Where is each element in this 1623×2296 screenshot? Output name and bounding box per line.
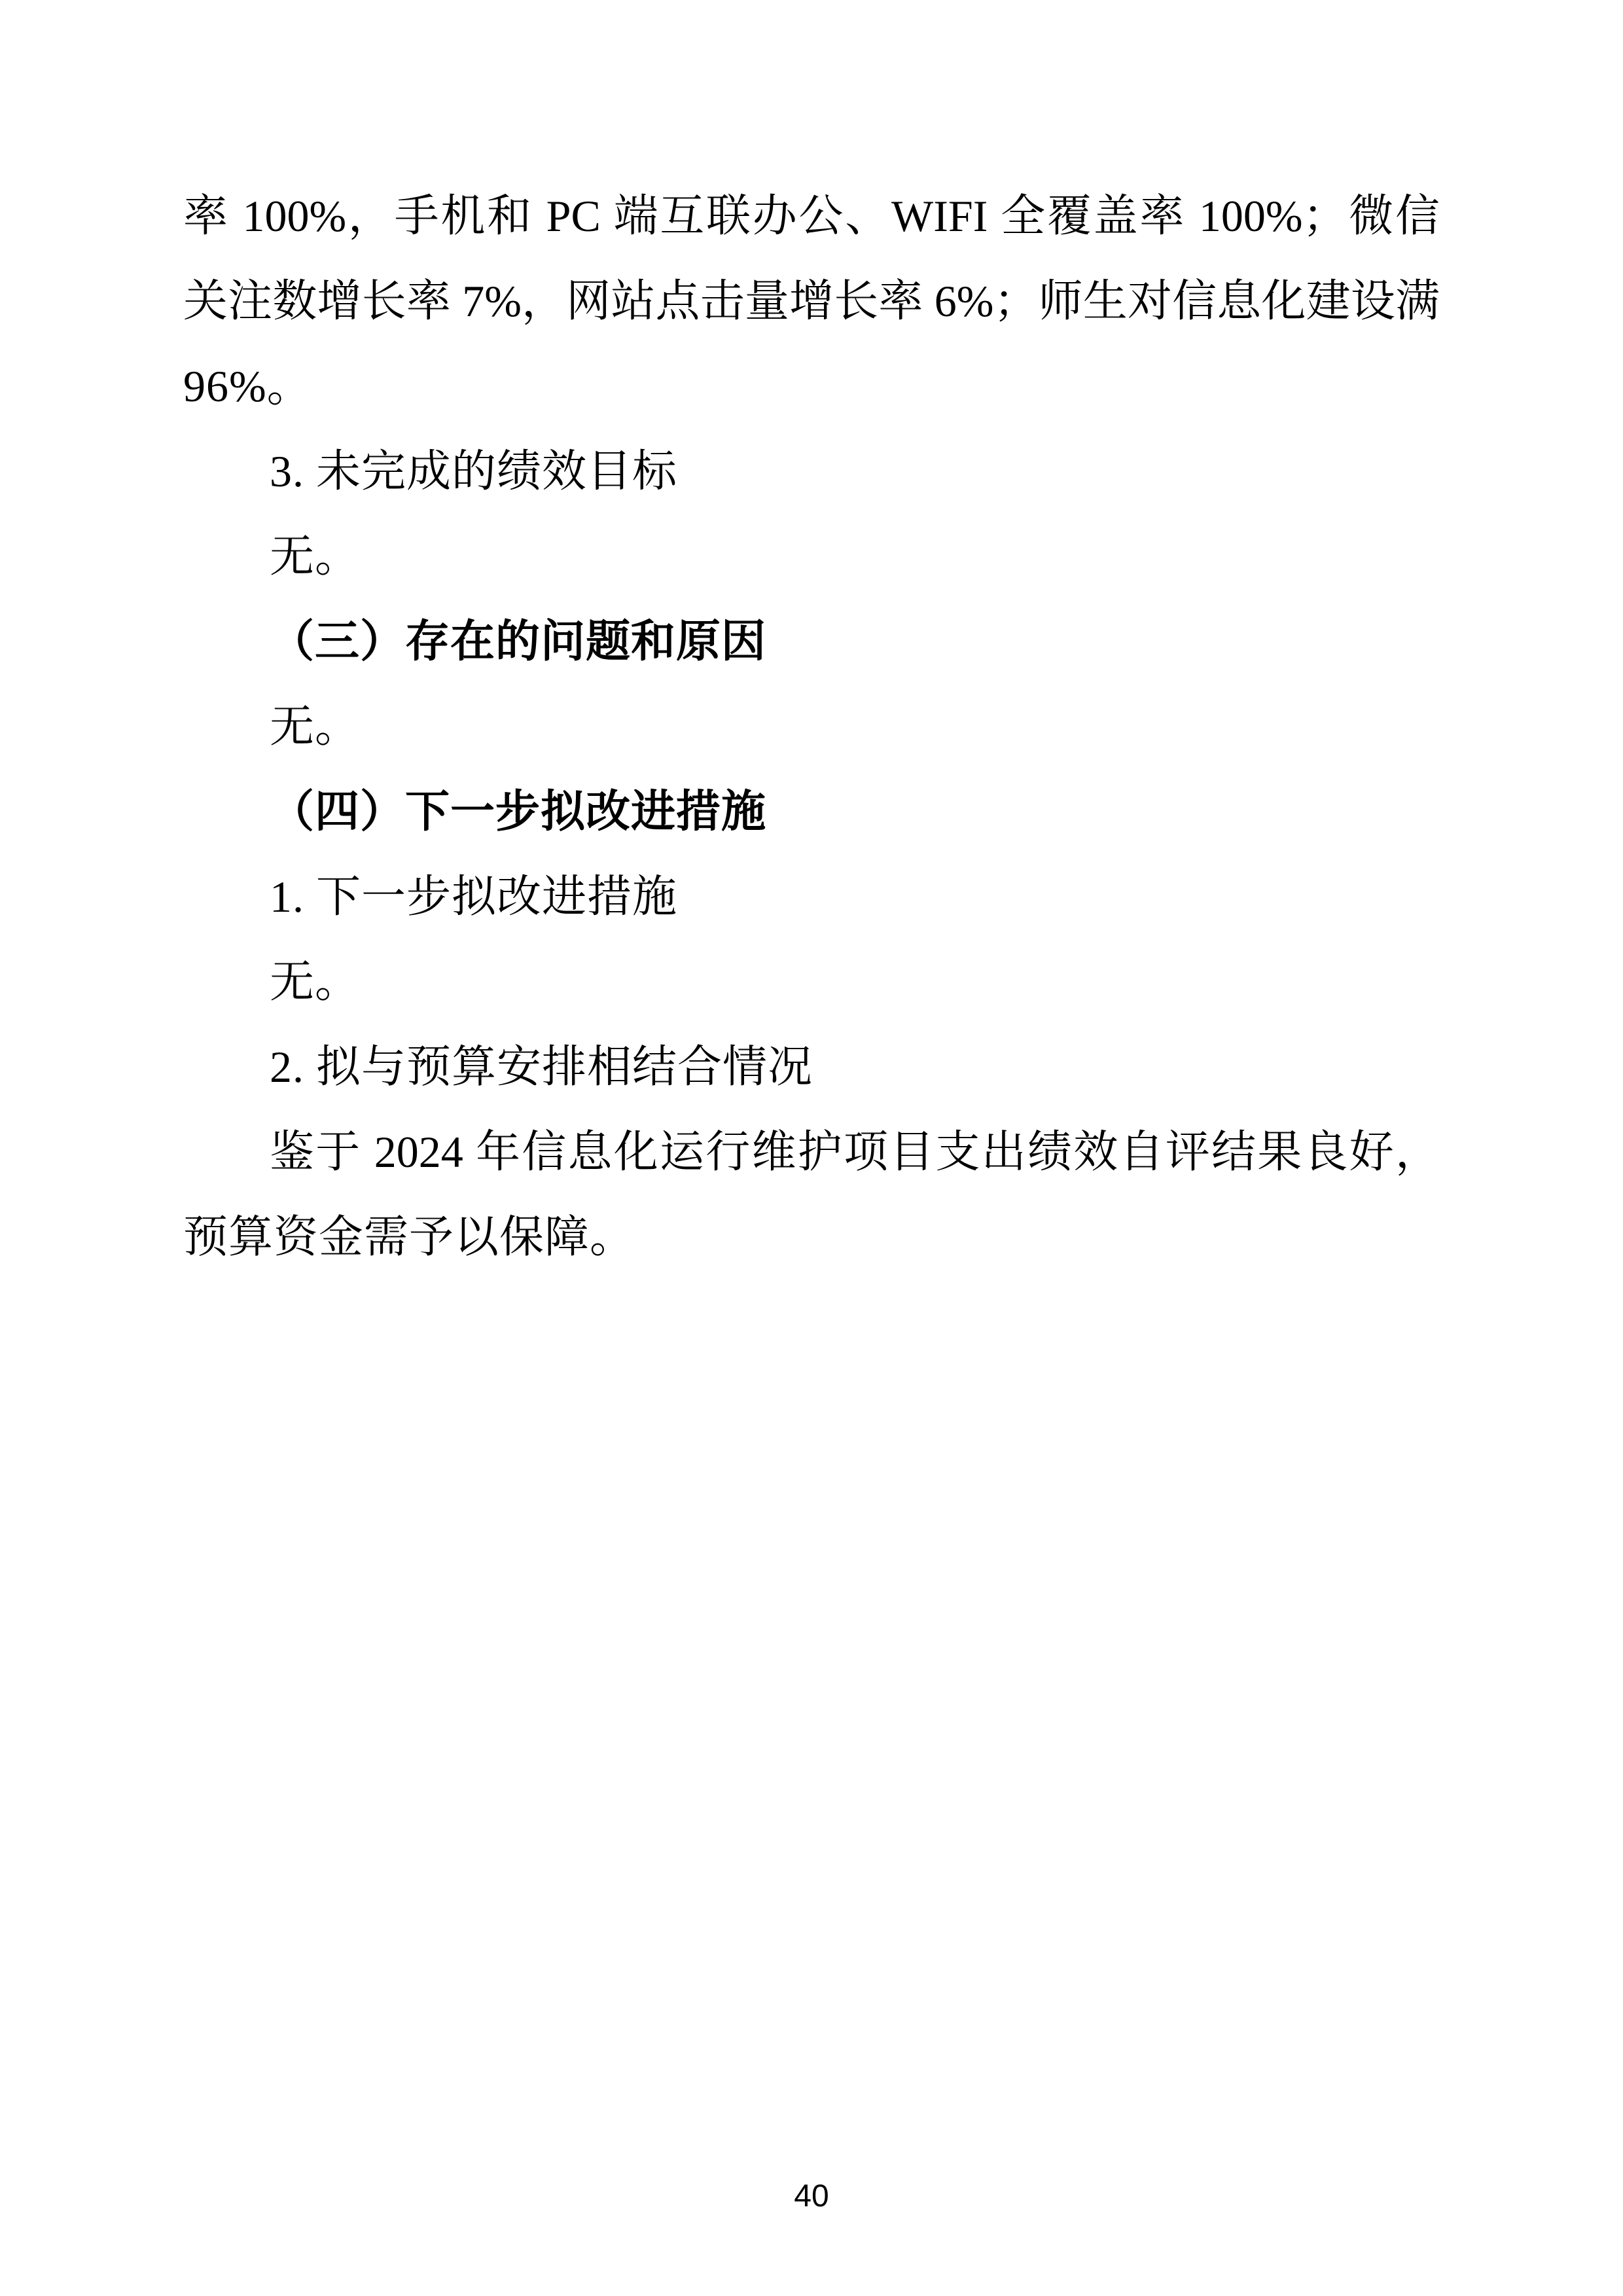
heading-budget-combination: 2. 拟与预算安排相结合情况 xyxy=(183,1024,1440,1109)
document-page: 率 100%，手机和 PC 端互联办公、WIFI 全覆盖率 100%；微信公众号… xyxy=(0,0,1623,2296)
metrics-line-2: 关注数增长率 7%，网站点击量增长率 6%；师生对信息化建设满意度 xyxy=(183,259,1440,344)
heading-next-steps: 1. 下一步拟改进措施 xyxy=(183,854,1440,939)
none-answer-3: 无。 xyxy=(183,939,1440,1024)
page-number: 40 xyxy=(794,2179,829,2214)
none-answer-2: 无。 xyxy=(183,684,1440,769)
heading-section-four: （四）下一步拟改进措施 xyxy=(183,769,1440,854)
metrics-line-1: 率 100%，手机和 PC 端互联办公、WIFI 全覆盖率 100%；微信公众号 xyxy=(183,173,1440,259)
heading-section-three: （三）存在的问题和原因 xyxy=(183,599,1440,684)
page-body: 率 100%，手机和 PC 端互联办公、WIFI 全覆盖率 100%；微信公众号… xyxy=(183,173,1440,1280)
conclusion-line-2: 预算资金需予以保障。 xyxy=(183,1194,1440,1280)
page-footer: 40 xyxy=(0,2177,1623,2216)
metrics-line-3: 96%。 xyxy=(183,344,1440,429)
none-answer-1: 无。 xyxy=(183,514,1440,599)
conclusion-line-1: 鉴于 2024 年信息化运行维护项目支出绩效自评结果良好，部门 xyxy=(183,1109,1440,1194)
heading-unfinished-goals: 3. 未完成的绩效目标 xyxy=(183,429,1440,514)
